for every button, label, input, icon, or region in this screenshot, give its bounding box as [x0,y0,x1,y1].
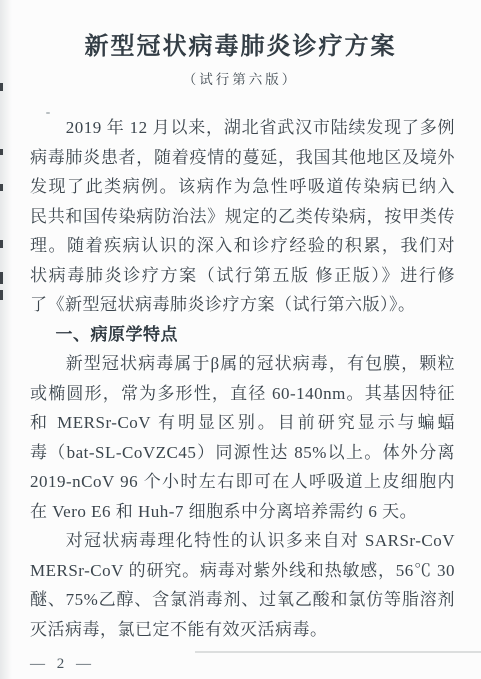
scan-spine-mark [0,149,3,155]
text-line: 理。随着疾病认识的深入和诊疗经验的积累，我们对《新型冠 [30,231,455,261]
document-title: 新型冠状病毒肺炎诊疗方案 [0,0,481,61]
scan-speck [46,112,50,114]
section-heading: 一、病原学特点 [30,320,455,350]
document-subtitle: （试行第六版） [0,71,481,89]
text-line: 对冠状病毒理化特性的认识多来自对 SARSr-CoV 和 [30,526,455,556]
scan-spine-mark [0,240,3,248]
text-line: 2019 年 12 月以来，湖北省武汉市陆续发现了多例新型冠状 [30,113,455,143]
text-line: 了《新型冠状病毒肺炎诊疗方案（试行第六版）》。 [30,290,455,320]
text-line: 毒（bat-SL-CoVZC45）同源性达 85%以上。体外分离培养时， [30,438,455,468]
text-line: 或椭圆形，常为多形性，直径 60-140nm。其基因特征与 SARSr-CoV [30,379,455,409]
text-line: 状病毒肺炎诊疗方案（试行第五版 修正版）》进行修正，形成 [30,261,455,291]
text-line: 发现了此类病例。该病作为急性呼吸道传染病已纳入《中华人 [30,172,455,202]
text-line: 病毒肺炎患者，随着疫情的蔓延，我国其他地区及境外也相继 [30,143,455,173]
text-line: 醚、75%乙醇、含氯消毒剂、过氧乙酸和氯仿等脂溶剂均可有效 [30,585,455,615]
text-line: MERSr-CoV 的研究。病毒对紫外线和热敏感，56℃ 30 分钟、乙 [30,556,455,586]
scan-edge-shading [0,0,12,679]
text-line: 新型冠状病毒属于β属的冠状病毒，有包膜，颗粒呈圆形 [30,349,455,379]
text-line: 在 Vero E6 和 Huh-7 细胞系中分离培养需约 6 天。 [30,497,455,527]
scan-artifact-line [195,651,481,653]
text-line: 和 MERSr-CoV 有明显区别。目前研究显示与蝙蝠 SARS 样冠状病 [30,408,455,438]
scan-spine-mark [0,184,3,191]
scan-spine-mark [0,272,3,284]
text-line: 2019-nCoV 96 个小时左右即可在人呼吸道上皮细胞内发现，而 [30,467,455,497]
text-line: 灭活病毒，氯已定不能有效灭活病毒。 [30,615,455,645]
scan-spine-mark [0,83,3,91]
text-line: 民共和国传染病防治法》规定的乙类传染病，按甲类传染病管 [30,202,455,232]
page-number: — 2 — [30,656,95,673]
scan-spine-mark [0,290,3,300]
scanned-document-page: 新型冠状病毒肺炎诊疗方案 （试行第六版） 2019 年 12 月以来，湖北省武汉… [0,0,481,679]
document-body: 2019 年 12 月以来，湖北省武汉市陆续发现了多例新型冠状病毒肺炎患者，随着… [30,113,455,644]
